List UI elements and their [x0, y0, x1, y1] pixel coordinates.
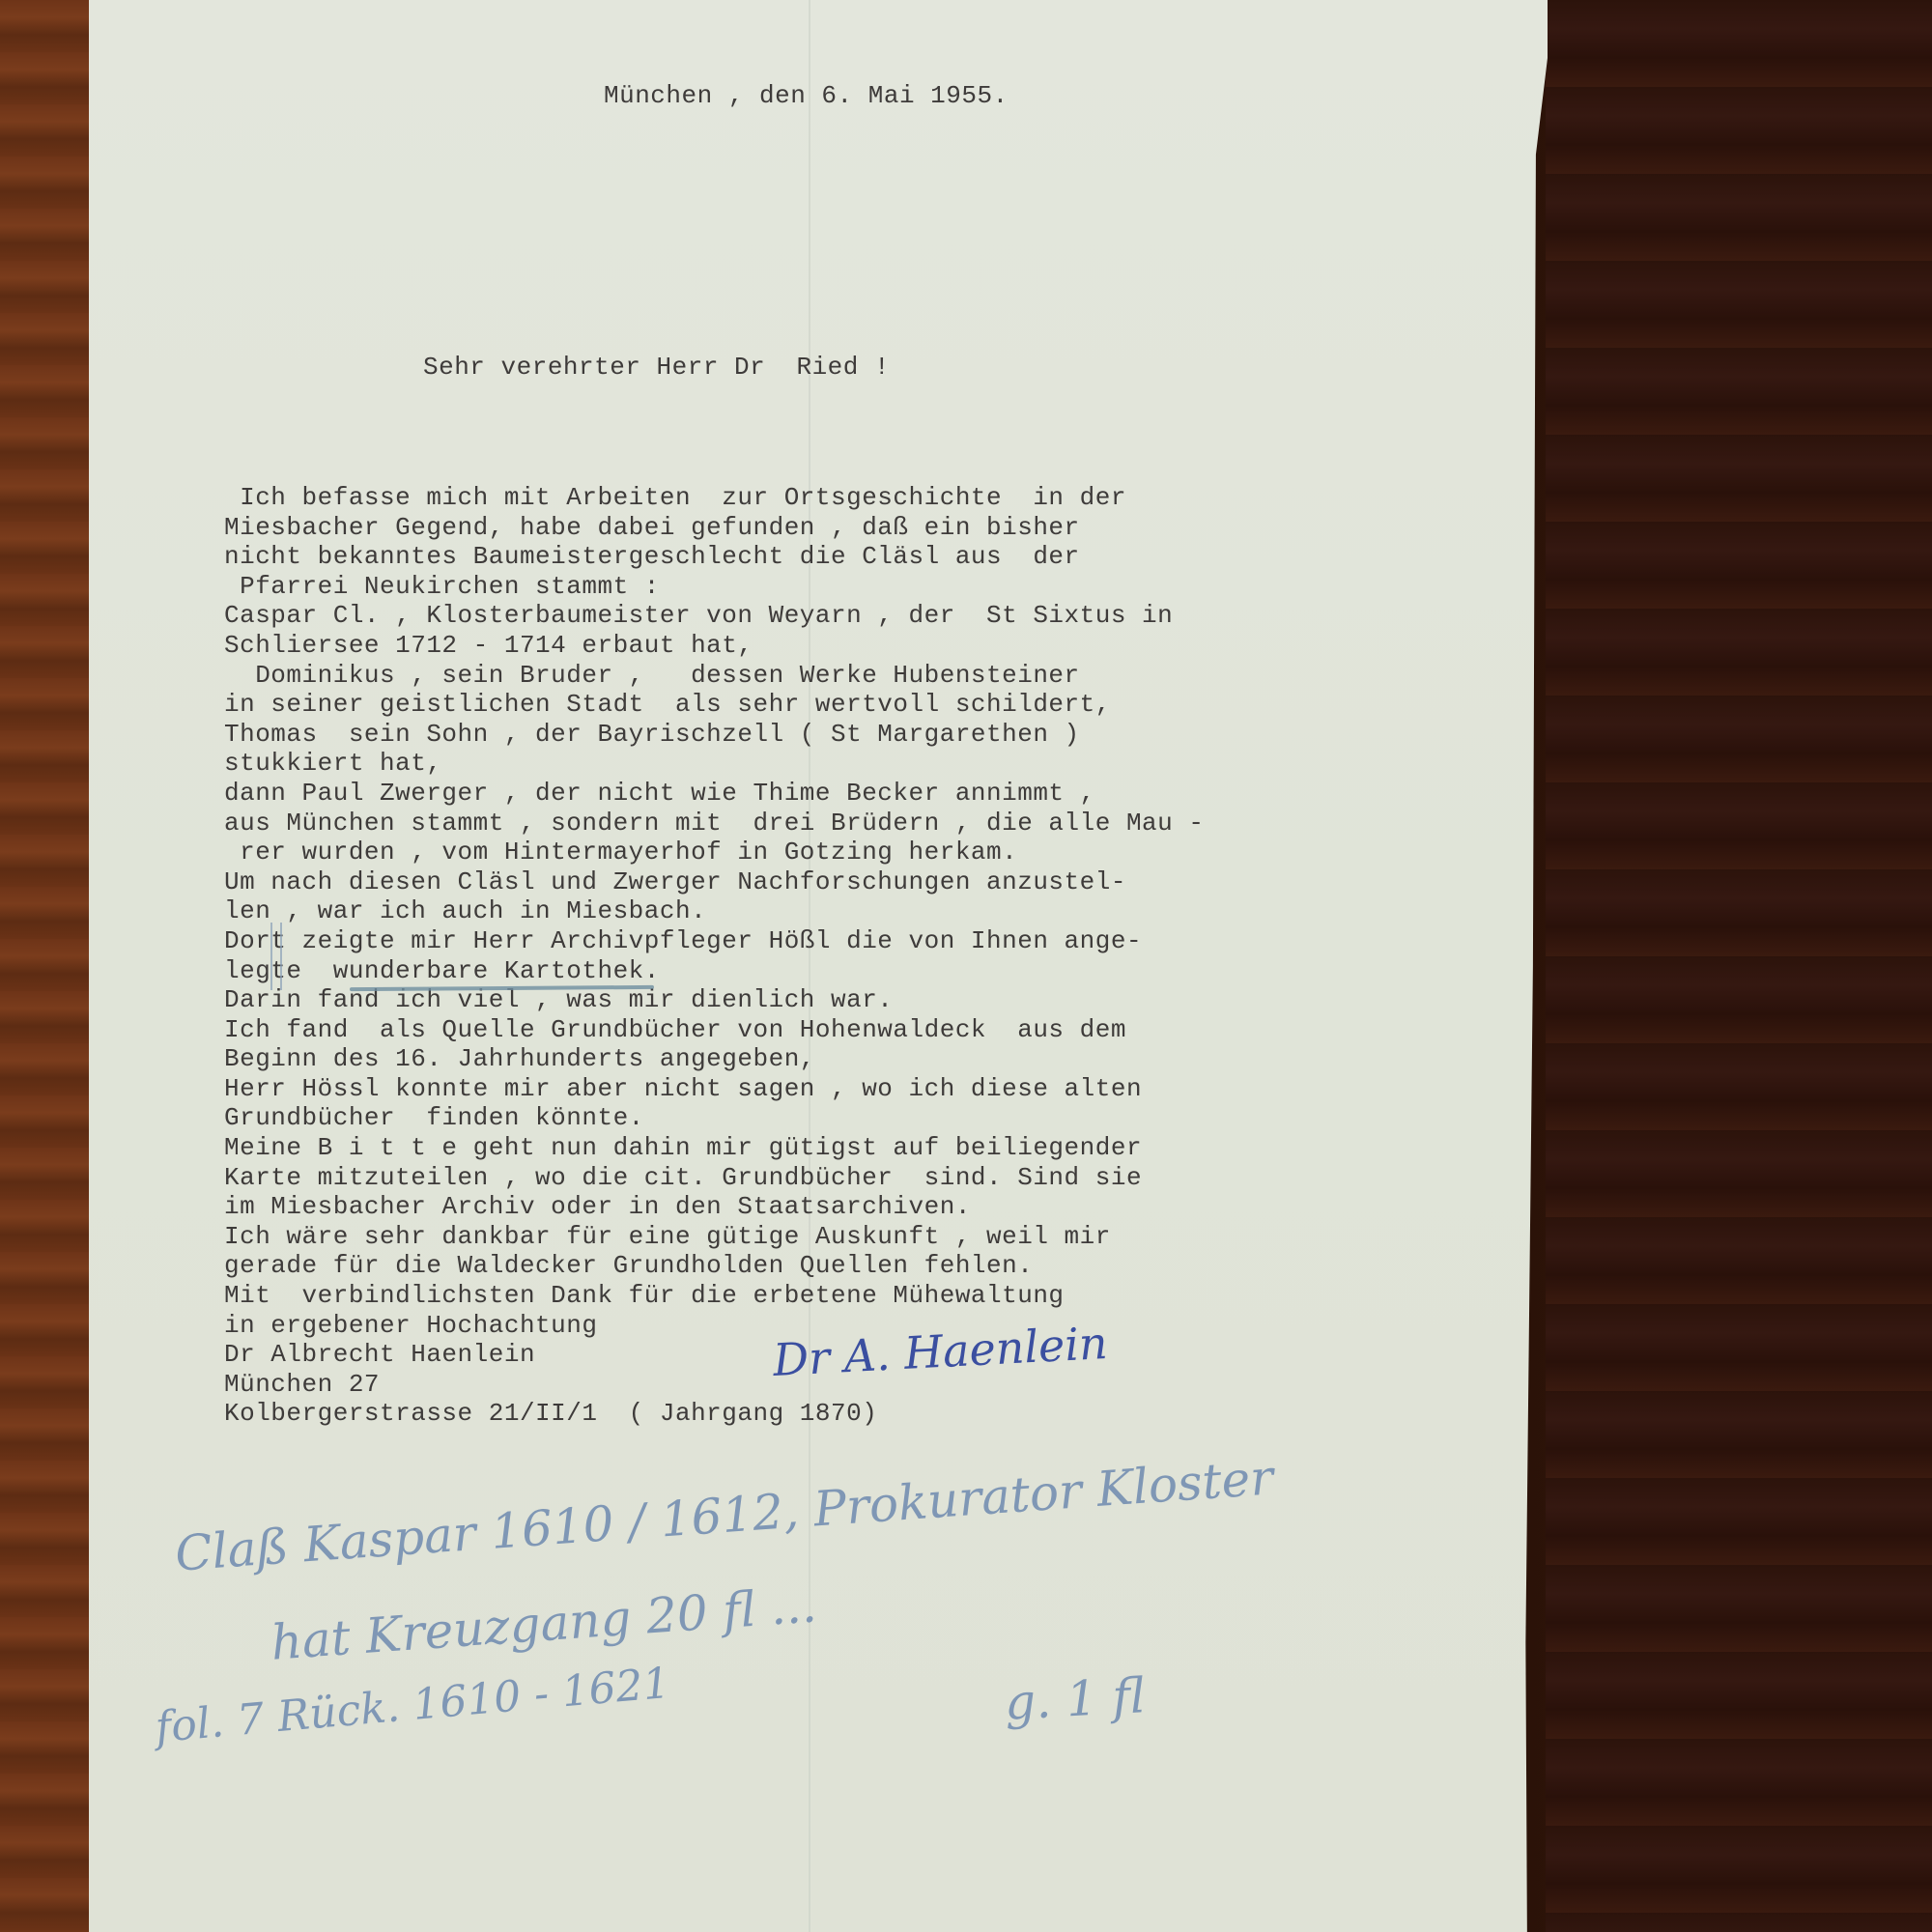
letter-line: Mit verbindlichsten Dank für die erbeten… [224, 1281, 1204, 1311]
letter-line: len , war ich auch in Miesbach. [224, 896, 1204, 926]
letter-line: im Miesbacher Archiv oder in den Staatsa… [224, 1192, 1204, 1222]
date-line: München , den 6. Mai 1955. [604, 81, 1009, 110]
letter-line: Ich fand als Quelle Grundbücher von Hohe… [224, 1015, 1204, 1045]
letter-body: Ich befasse mich mit Arbeiten zur Ortsge… [224, 483, 1204, 1429]
letter-line: in seiner geistlichen Stadt als sehr wer… [224, 690, 1204, 720]
letter-line: Meine B i t t e geht nun dahin mir gütig… [224, 1133, 1204, 1163]
letter-line: legte wunderbare Kartothek. [224, 956, 1204, 986]
letter-line: Thomas sein Sohn , der Bayrischzell ( St… [224, 720, 1204, 750]
letter-line: Caspar Cl. , Klosterbaumeister von Weyar… [224, 601, 1204, 631]
letter-line: Um nach diesen Cläsl und Zwerger Nachfor… [224, 867, 1204, 897]
letter-line: München 27 [224, 1370, 1204, 1400]
margin-mark [270, 923, 282, 990]
letter-line: Karte mitzuteilen , wo die cit. Grundbüc… [224, 1163, 1204, 1193]
letter-line: Dort zeigte mir Herr Archivpfleger Hößl … [224, 926, 1204, 956]
letter-line: Herr Hössl konnte mir aber nicht sagen ,… [224, 1074, 1204, 1104]
letter-line: Schliersee 1712 - 1714 erbaut hat, [224, 631, 1204, 661]
wooden-table-left [0, 0, 92, 1932]
letter-line: gerade für die Waldecker Grundholden Que… [224, 1251, 1204, 1281]
letter-line: stukkiert hat, [224, 749, 1204, 779]
wooden-table-right [1546, 0, 1932, 1932]
letter-line: Pfarrei Neukirchen stammt : [224, 572, 1204, 602]
letter-line: Kolbergerstrasse 21/II/1 ( Jahrgang 1870… [224, 1399, 1204, 1429]
letter-line: Ich befasse mich mit Arbeiten zur Ortsge… [224, 483, 1204, 513]
salutation: Sehr verehrter Herr Dr Ried ! [423, 353, 890, 382]
letter-line: Ich wäre sehr dankbar für eine gütige Au… [224, 1222, 1204, 1252]
letter-line: dann Paul Zwerger , der nicht wie Thime … [224, 779, 1204, 809]
letter-line: Miesbacher Gegend, habe dabei gefunden ,… [224, 513, 1204, 543]
letter-line: rer wurden , vom Hintermayerhof in Gotzi… [224, 838, 1204, 867]
letter-line: Beginn des 16. Jahrhunderts angegeben, [224, 1044, 1204, 1074]
letter-line: Grundbücher finden könnte. [224, 1103, 1204, 1133]
letter-line: Dominikus , sein Bruder , dessen Werke H… [224, 661, 1204, 691]
letter-line: aus München stammt , sondern mit drei Br… [224, 809, 1204, 838]
letter-line: nicht bekanntes Baumeistergeschlecht die… [224, 542, 1204, 572]
handwritten-note: g. 1 fl [1004, 1667, 1147, 1731]
